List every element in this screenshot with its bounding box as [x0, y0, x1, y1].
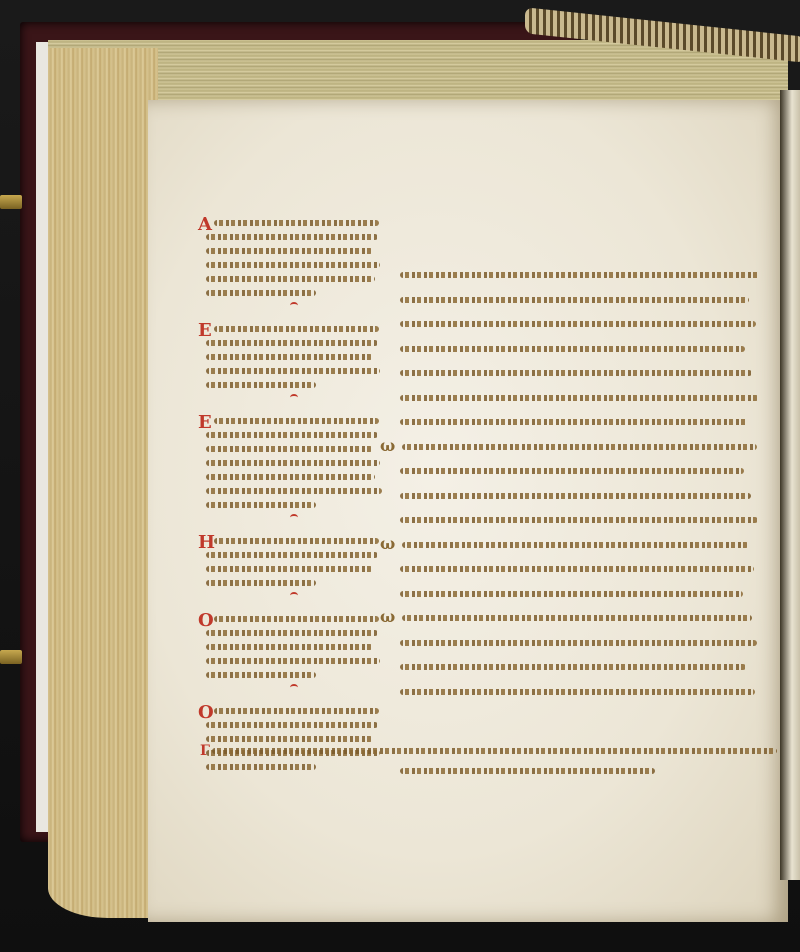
- script-line: [402, 615, 752, 621]
- red-initial: Η: [198, 534, 215, 552]
- script-line: [214, 418, 379, 424]
- script-line: [214, 326, 379, 332]
- script-line: [206, 644, 373, 650]
- gutter: [780, 90, 800, 880]
- script-line: [214, 538, 379, 544]
- script-line: [400, 297, 749, 303]
- script-line: [400, 395, 759, 401]
- script-line: [212, 748, 777, 754]
- script-line: [206, 502, 316, 508]
- red-initial: Ε: [198, 322, 212, 340]
- script-line: [206, 488, 382, 494]
- script-line: [214, 616, 379, 622]
- rubric-mark: [290, 684, 298, 691]
- script-line: [206, 764, 316, 770]
- script-line: [400, 566, 754, 572]
- rubric-mark: [290, 514, 298, 521]
- page-block-top-edge: [48, 40, 788, 108]
- red-initial: Α: [198, 216, 212, 234]
- script-line: [400, 664, 746, 670]
- script-line: [206, 474, 375, 480]
- script-line: [206, 382, 316, 388]
- red-initial: Γ: [200, 742, 210, 760]
- script-line: [402, 542, 749, 548]
- script-line: [214, 708, 379, 714]
- large-initial: ω: [380, 607, 395, 626]
- script-line: [400, 419, 748, 425]
- script-line: [400, 370, 752, 376]
- script-line: [400, 321, 756, 327]
- script-line: [400, 272, 760, 278]
- script-line: [214, 220, 379, 226]
- script-line: [206, 460, 380, 466]
- script-line: [206, 580, 316, 586]
- clasp-upper: [0, 195, 22, 209]
- script-line: [400, 768, 655, 774]
- script-line: [206, 354, 373, 360]
- script-line: [400, 468, 744, 474]
- red-initial: Ο: [198, 704, 214, 722]
- script-line: [206, 552, 378, 558]
- script-line: [206, 234, 378, 240]
- rubric-mark: [290, 592, 298, 599]
- large-initial: ω: [380, 436, 395, 455]
- page-block-fore-edge: [48, 48, 158, 918]
- script-line: [206, 340, 378, 346]
- script-line: [206, 446, 373, 452]
- script-line: [400, 591, 743, 597]
- script-line: [206, 248, 373, 254]
- script-line: [206, 290, 316, 296]
- script-line: [206, 736, 373, 742]
- script-line: [206, 276, 375, 282]
- script-line: [402, 444, 757, 450]
- script-line: [400, 517, 758, 523]
- rubric-mark: [290, 394, 298, 401]
- red-initial: Ε: [198, 414, 212, 432]
- script-line: [400, 640, 757, 646]
- script-line: [400, 689, 755, 695]
- script-line: [206, 672, 316, 678]
- script-line: [400, 493, 751, 499]
- script-line: [400, 346, 745, 352]
- rubric-mark: [290, 302, 298, 309]
- script-line: [206, 722, 378, 728]
- script-line: [206, 566, 373, 572]
- script-line: [206, 262, 380, 268]
- large-initial: ω: [380, 534, 395, 553]
- script-line: [206, 630, 378, 636]
- script-line: [206, 658, 380, 664]
- script-line: [206, 432, 378, 438]
- clasp-lower: [0, 650, 22, 664]
- script-line: [206, 368, 380, 374]
- red-initial: Ο: [198, 612, 214, 630]
